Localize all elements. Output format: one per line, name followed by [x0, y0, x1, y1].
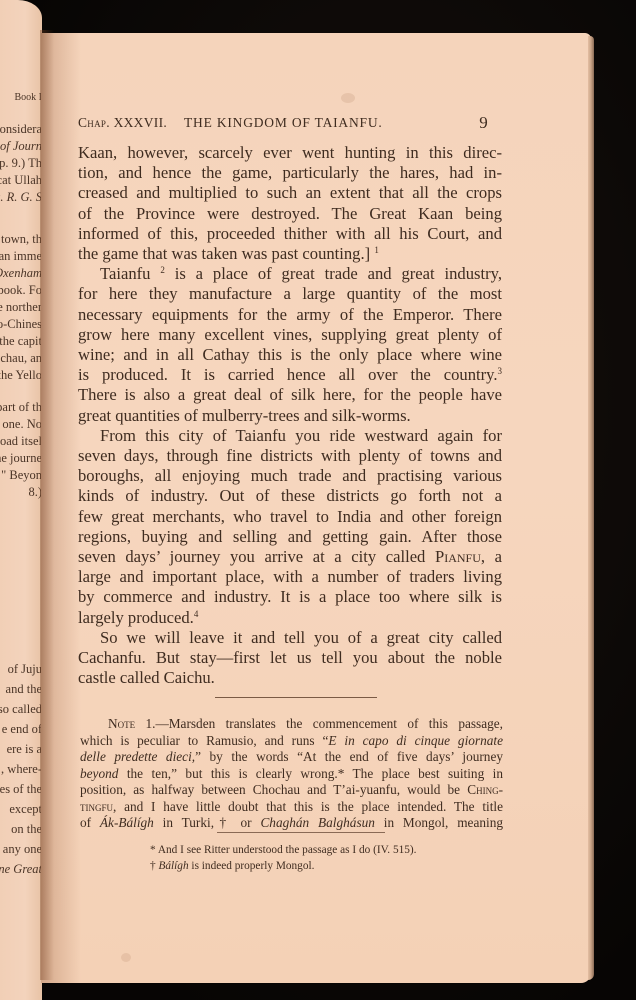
paragraph-1: Kaan, however, scarcely ever went huntin…: [78, 143, 502, 264]
place-name: Pianfu: [435, 547, 481, 566]
text-line: which is peculiar to Ramusio, and runs “…: [80, 733, 503, 750]
left-page-text-fragment: ne Great: [0, 862, 42, 877]
section-divider: [215, 697, 377, 698]
chapter-number: XXXVII.: [114, 115, 167, 130]
left-page-text-fragment: one. No: [2, 417, 42, 432]
text-line: seven days’ journey you arrive at a city…: [78, 547, 502, 567]
left-page-text-fragment: e end of: [2, 722, 42, 737]
text-line: informed of this, proceeded thither with…: [78, 224, 502, 244]
text-line: tingfu, and I have little doubt that thi…: [80, 799, 503, 816]
text-run: largely produced.: [78, 608, 194, 627]
paragraph-2: Taianfu 2 is a place of great trade and …: [78, 264, 502, 426]
text-run: which is peculiar to Ramusio, and runs “: [80, 733, 328, 748]
text-line: Cachanfu. But stay—first let us tell you…: [78, 648, 502, 668]
text-line: So we will leave it and tell you of a gr…: [78, 628, 502, 648]
left-page-text-fragment: e norther: [0, 300, 42, 315]
text-line: large and important place, with a number…: [78, 567, 502, 587]
left-page-text-fragment: and the: [6, 682, 42, 697]
left-page-text-fragment: g an imme: [0, 249, 42, 264]
text-line: Kaan, however, scarcely ever went huntin…: [78, 143, 502, 163]
left-page-text-fragment: except: [9, 802, 42, 817]
text-line: necessary equipments for the army of the…: [78, 305, 502, 325]
left-page-text-fragment: of Journ: [0, 139, 42, 154]
running-head: Chap. XXXVII. THE KINGDOM OF TAIANFU. 9: [78, 115, 488, 135]
left-page-text-fragment: book. Fo: [0, 283, 42, 298]
text-run: of: [80, 815, 100, 830]
italic-word: Ák-Bálígh: [100, 815, 154, 830]
text-run: —Marsden translates the commencement of …: [155, 716, 503, 731]
left-page-text-fragment: considera: [0, 122, 42, 137]
chapter-title: THE KINGDOM OF TAIANFU.: [184, 115, 383, 131]
text-run: ” by the words “At the end of five days’…: [195, 749, 503, 764]
text-line: for here they manufacture a large quanti…: [78, 284, 502, 304]
text-run: is produced. It is carried hence all ove…: [78, 365, 498, 384]
left-page-text-fragment: " Beyon: [1, 468, 42, 483]
text-run: the game that was taken was past countin…: [78, 244, 370, 263]
text-line: great quantities of mulberry-trees and s…: [78, 406, 502, 426]
text-run: in Turki,† or: [154, 815, 261, 830]
footnote-ref[interactable]: 2: [160, 265, 165, 275]
text-line: is produced. It is carried hence all ove…: [78, 365, 502, 385]
left-page-text-fragment: the capit: [0, 334, 42, 349]
chapter-label: Chap. XXXVII.: [78, 115, 167, 131]
left-page-text-fragment: cat Ullah: [0, 173, 42, 188]
left-page-text-fragment: ere is a: [7, 742, 42, 757]
text-line: boroughs, all enjoying much trade and pr…: [78, 466, 502, 486]
left-page-text-fragment: any one: [3, 842, 42, 857]
left-page-text-fragment: the Yello: [0, 368, 42, 383]
text-line: position, as halfway between Chochau and…: [80, 782, 503, 799]
text-line: Note 1.—Marsden translates the commencem…: [80, 716, 503, 733]
footnote-dagger: † Bálígh is indeed properly Mongol.: [150, 858, 490, 874]
paper-stain: [341, 93, 355, 103]
text-line: of Ák-Bálígh in Turki,† or Chaghán Balgh…: [80, 815, 503, 832]
left-page-text-fragment: Book I: [15, 92, 43, 103]
left-page-shadow: [40, 30, 54, 980]
text-line: kinds of industry. Out of these district…: [78, 486, 502, 506]
left-page-text-fragment: do-Chines: [0, 317, 42, 332]
left-page-text-fragment: ochau, an: [0, 351, 42, 366]
place-name: tingfu: [80, 799, 113, 814]
left-page-text-fragment: , where-: [1, 762, 42, 777]
text-line: wine; and in all Cathay this is the only…: [78, 345, 502, 365]
text-run: , and I have little doubt that this is t…: [113, 799, 503, 814]
chapter-prefix: Chap.: [78, 115, 110, 130]
text-line: creased and multiplied to such an extent…: [78, 183, 502, 203]
left-page-text-fragment: p. 9.) Th: [0, 156, 42, 171]
footnotes: * And I see Ritter understood the passag…: [150, 842, 490, 874]
left-page-text-fragment: Oxenham: [0, 266, 42, 281]
editorial-note: Note 1.—Marsden translates the commencem…: [80, 716, 503, 832]
footnote-ref[interactable]: 4: [194, 609, 199, 619]
page-number: 9: [479, 113, 488, 133]
footnote-ref[interactable]: 1: [374, 245, 379, 255]
left-page-text-fragment: so called: [0, 702, 42, 717]
left-page-text-fragment: of Juju: [8, 662, 42, 677]
italic-word: Bálígh: [158, 860, 188, 872]
italic-quote: delle predette dieci,: [80, 749, 195, 764]
text-line: largely produced.4: [78, 608, 502, 628]
body-text: Kaan, however, scarcely ever went huntin…: [78, 143, 502, 688]
footnote-divider: [217, 832, 385, 833]
text-run: seven days’ journey you arrive at a city…: [78, 547, 425, 566]
text-line: seven days, through fine districts with …: [78, 446, 502, 466]
text-line: of the Province were destroyed. The Grea…: [78, 204, 502, 224]
italic-word: beyond: [80, 766, 118, 781]
left-page-sliver: Book Iconsideraof Journp. 9.) Thcat Ulla…: [0, 0, 42, 1000]
paragraph-3: From this city of Taianfu you ride westw…: [78, 426, 502, 628]
text-line: grow here many excellent vines, supplyin…: [78, 325, 502, 345]
italic-word: Chaghán Balghásun: [260, 815, 374, 830]
text-line: tion, and hence the game, particularly t…: [78, 163, 502, 183]
left-page-text-fragment: the journe: [0, 451, 42, 466]
text-run: is a place of great trade and great indu…: [175, 264, 502, 283]
left-page-text-fragment: roc. R. G. S: [0, 190, 42, 205]
text-run: , a: [481, 547, 502, 566]
left-page-text-fragment: part of th: [0, 400, 42, 415]
left-page-text-fragment: on the: [11, 822, 42, 837]
text-run: the ten,” but this is clearly wrong.* Th…: [118, 766, 503, 781]
left-page-text-fragment: s town, th: [0, 232, 42, 247]
left-page-text-fragment: es of the: [0, 782, 42, 797]
text-line: From this city of Taianfu you ride westw…: [78, 426, 502, 446]
left-page-text-fragment: road itsel: [0, 434, 42, 449]
paragraph-4: So we will leave it and tell you of a gr…: [78, 628, 502, 689]
footnote-star: * And I see Ritter understood the passag…: [150, 842, 490, 858]
text-line: by commerce and industry. It is a place …: [78, 587, 502, 607]
text-line: There is also a great deal of silk here,…: [78, 385, 502, 405]
note-label: Note 1.: [108, 716, 155, 731]
text-line: beyond the ten,” but this is clearly wro…: [80, 766, 503, 783]
text-run: in Mongol, meaning: [375, 815, 503, 830]
text-line: castle called Caichu.: [78, 668, 502, 688]
footnote-ref[interactable]: 3: [498, 366, 503, 376]
place-name: Ching-: [467, 782, 503, 797]
page-edge: [588, 36, 594, 980]
text-line: regions, buying and selling and getting …: [78, 527, 502, 547]
text-run: position, as halfway between Chochau and…: [80, 782, 467, 797]
text-line: Taianfu 2 is a place of great trade and …: [78, 264, 502, 284]
text-line: few great merchants, who travel to India…: [78, 507, 502, 527]
paper-stain: [121, 953, 131, 962]
text-run: Taianfu: [100, 264, 150, 283]
text-line: delle predette dieci,” by the words “At …: [80, 749, 503, 766]
italic-quote: E in capo di cinque giornate: [328, 733, 503, 748]
text-line: the game that was taken was past countin…: [78, 244, 502, 264]
text-run: is indeed properly Mongol.: [189, 860, 315, 872]
